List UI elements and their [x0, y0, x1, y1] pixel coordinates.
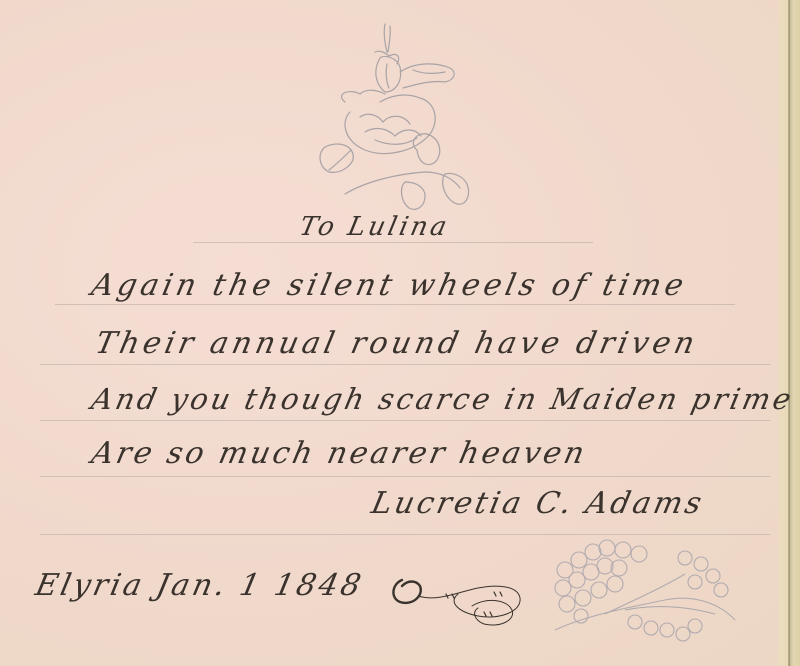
ruled-line: [40, 364, 770, 365]
verse-line-3: And you though scarce in Maiden prime: [88, 382, 797, 416]
verse-line-4: Are so much nearer heaven: [88, 436, 590, 471]
poem-title: To Lulina: [297, 212, 453, 242]
verse-line-2: Their annual round have driven: [92, 326, 701, 361]
verse-line-1: Again the silent wheels of time: [88, 268, 690, 303]
ruled-line: [193, 242, 593, 243]
album-page: To Lulina Again the silent wheels of tim…: [0, 0, 800, 666]
page-edge: [778, 0, 800, 666]
ruled-line: [40, 420, 770, 421]
signature: Lucretia C. Adams: [368, 486, 707, 521]
ruled-line: [55, 304, 735, 305]
ruled-line: [40, 476, 770, 477]
pencil-sketch-flower-cluster-icon: [545, 530, 745, 645]
pen-flourish-icon: [388, 572, 538, 632]
pencil-sketch-rose-icon: [305, 22, 475, 217]
place-date: Elyria Jan. 1 1848: [32, 568, 367, 603]
